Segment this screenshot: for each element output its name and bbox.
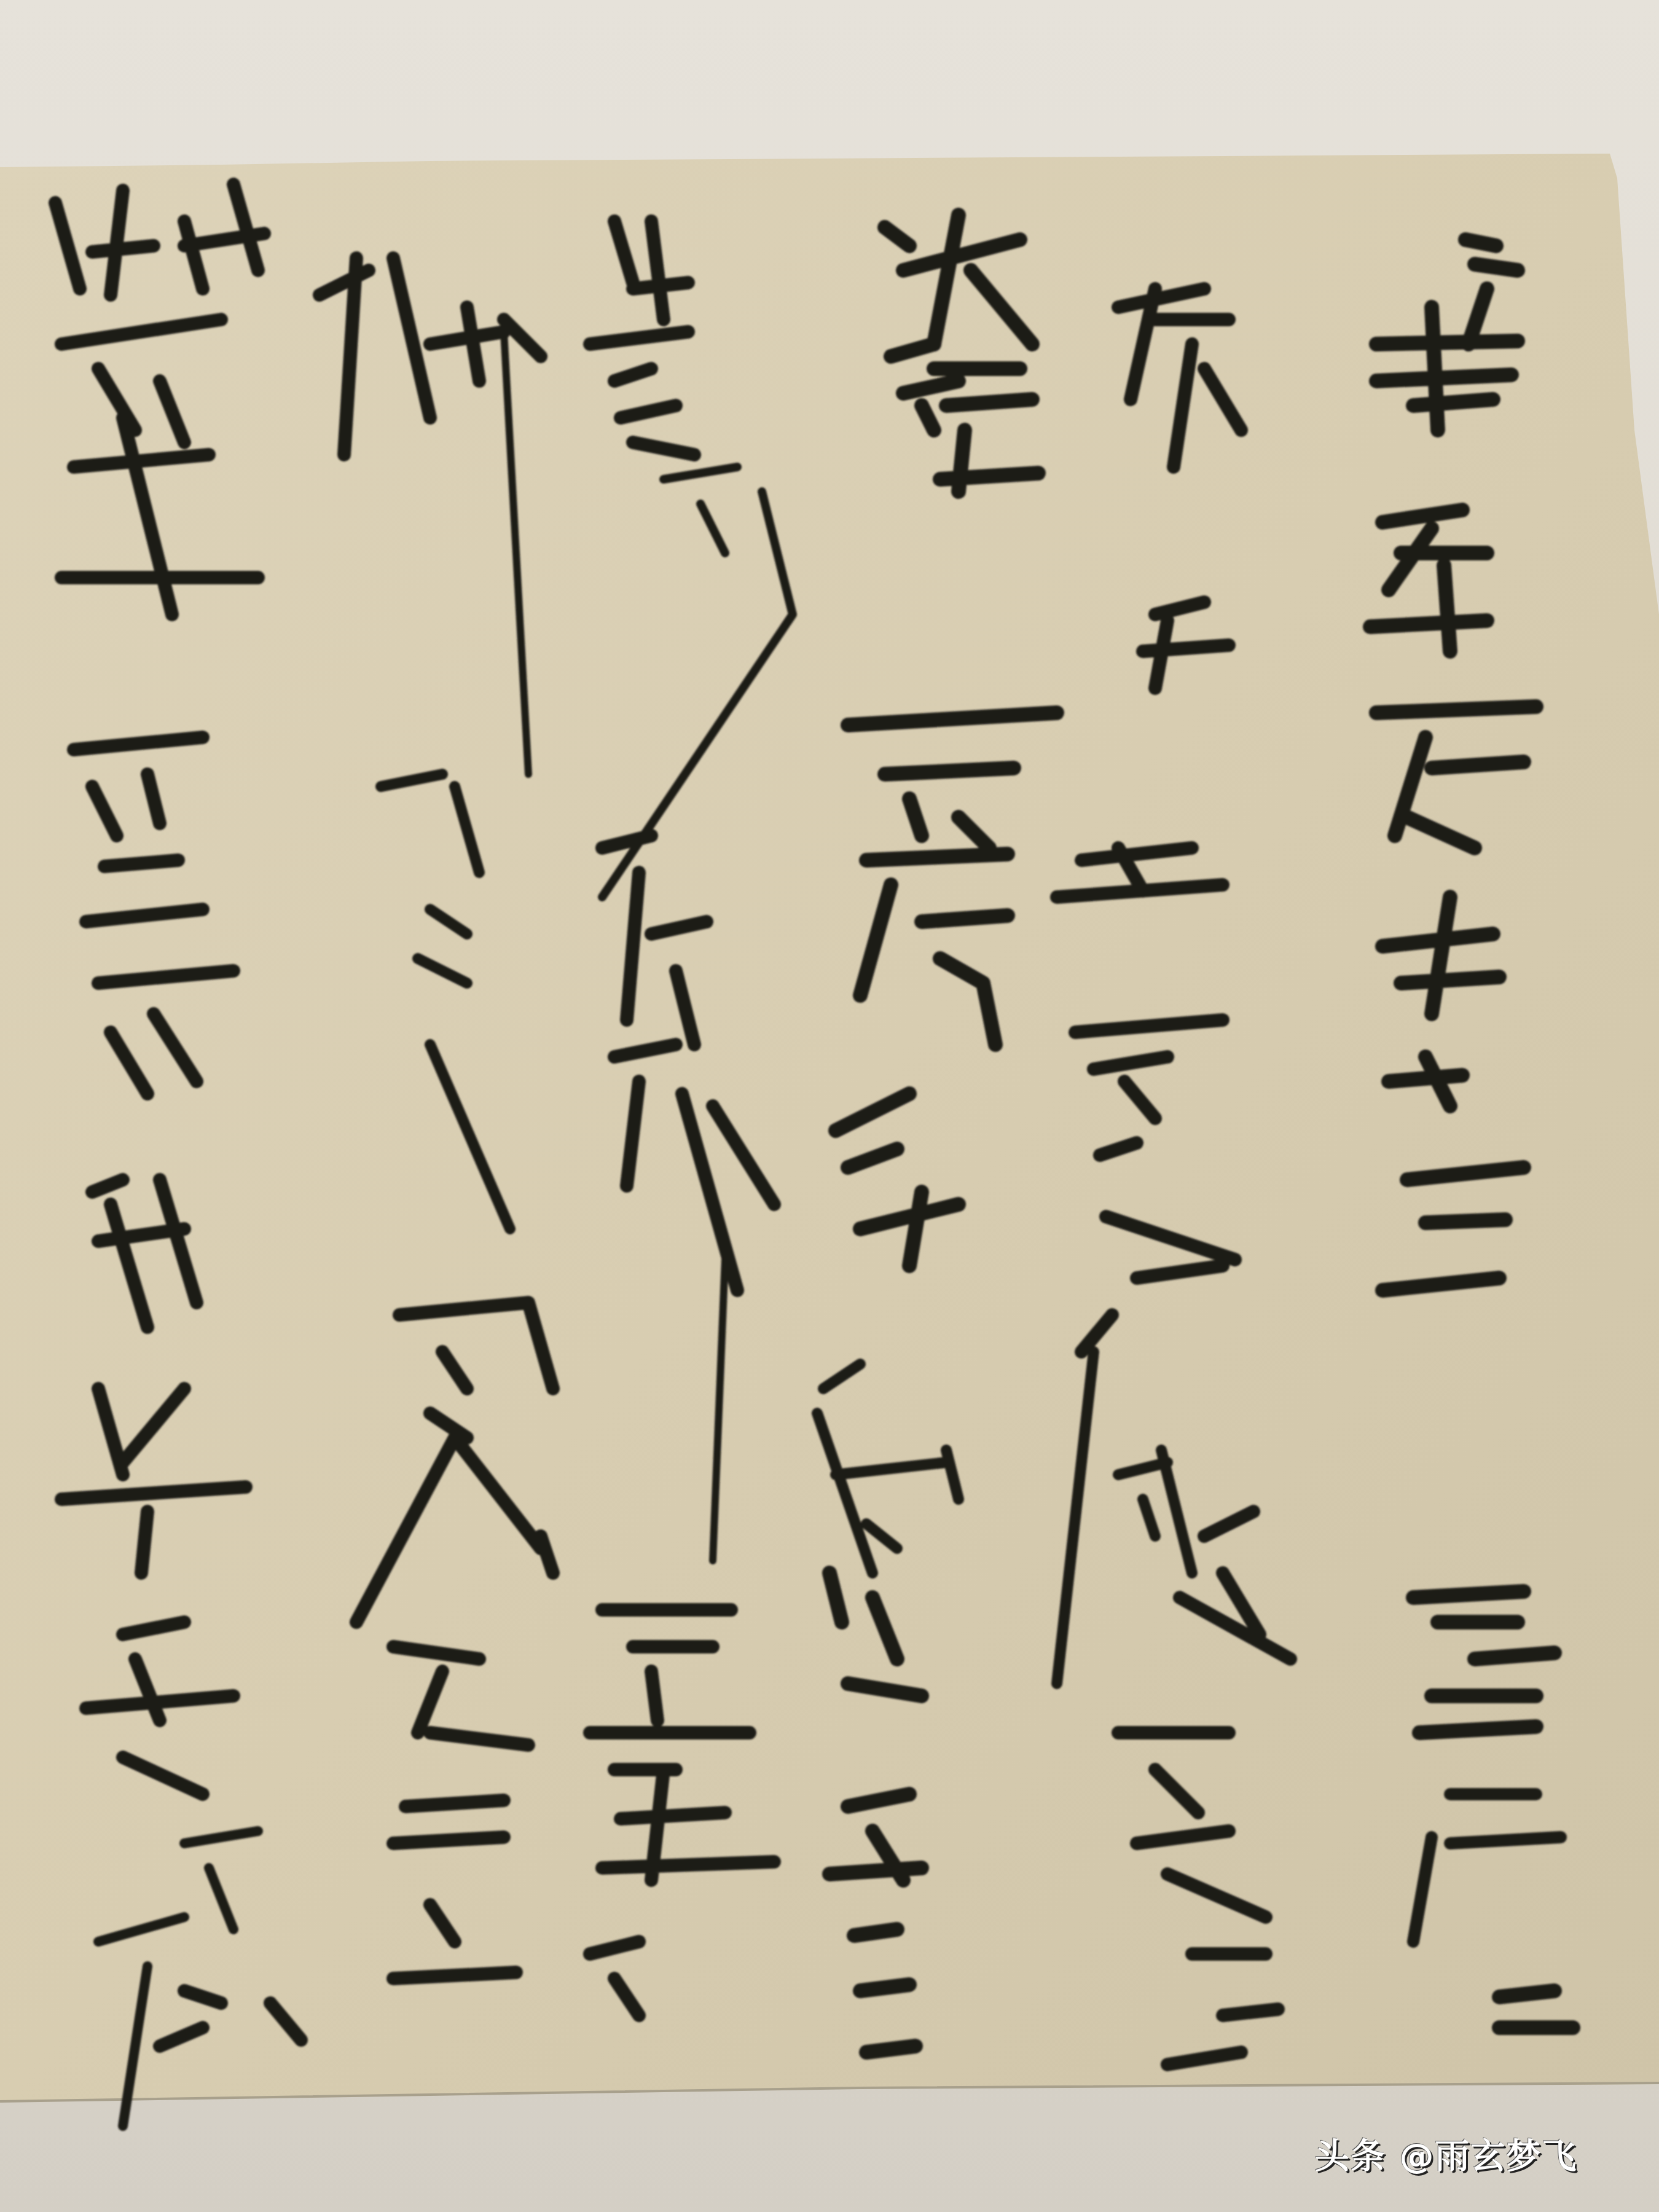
calligraphy-artwork: [0, 0, 1659, 2212]
watermark-text: 头条 @雨玄梦飞: [1315, 2129, 1578, 2178]
calligraphy-paper: [0, 0, 1659, 2212]
